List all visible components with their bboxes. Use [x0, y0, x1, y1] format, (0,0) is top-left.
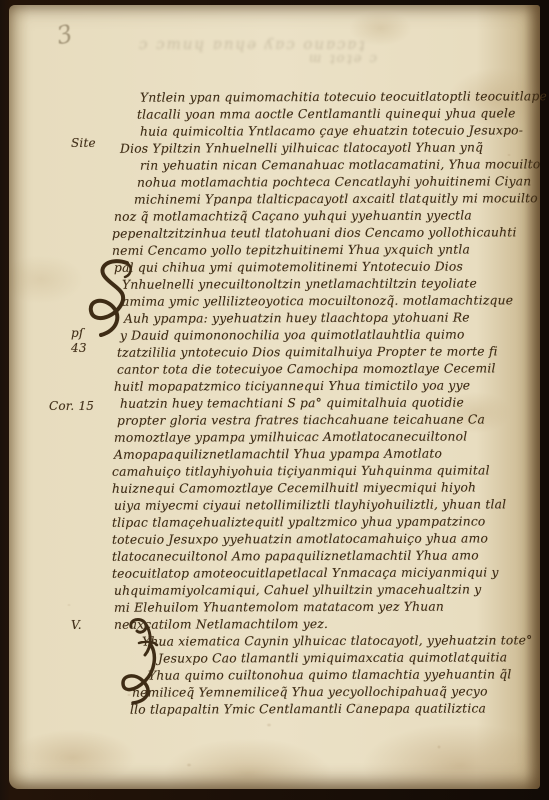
margin-note: V. [71, 618, 117, 632]
manuscript-line: amima ymic yellilizteoyotica mocuiltonoz… [112, 292, 544, 311]
margin-note: 43 [71, 341, 117, 355]
manuscript-line: camahuiço titlayhiyohuia tiçiyanmiqui Yu… [112, 462, 544, 481]
manuscript-line: nohua motlamachtia pochteca Cencatlayhi … [112, 173, 544, 192]
manuscript-line: huitl mopapatzmico ticiyannequi Yhua tim… [112, 377, 544, 396]
manuscript-line: propter gloria vestra fratres tiachcahua… [112, 411, 544, 430]
margin-note: Cor. 15 [49, 399, 95, 413]
manuscript-line: huiznequi Camomoztlaye Cecemilhuitl miye… [112, 479, 544, 498]
manuscript-line: y Dauid quimononochilia yoa quimotlatlau… [112, 326, 544, 345]
manuscript-line: llo tlapapaltin Ymic Centlamantli Canepa… [112, 700, 544, 719]
manuscript-line: tzatzililia yntotecuio Dios quimitalhuiy… [112, 343, 544, 362]
manuscript-line: Dios Ypiltzin Ynhuelnelli yilhuicac tlat… [112, 139, 544, 158]
manuscript-line: nemi Cencamo yollo tepitzhuitinemi Yhua … [112, 241, 544, 260]
manuscript-line: Auh ypampa: yyehuatzin huey tlaachtopa y… [112, 309, 544, 328]
manuscript-line: teocuitlatop amoteocuitlapetlacal Ynmaca… [112, 564, 544, 583]
manuscript-line: tlatocanecuiltonol Amo papaquiliznetlama… [112, 547, 544, 566]
manuscript-line: Yntlein ypan quimomachitia totecuio teoc… [112, 88, 544, 107]
manuscript-line: uiya miyecmi ciyaui netollimiliztli tlay… [112, 496, 544, 515]
manuscript-line: momoztlaye ypampa ymilhuicac Amotlatocan… [112, 428, 544, 447]
margin-note: pſ [71, 326, 117, 340]
manuscript-line: huatzin huey temachtiani S pa° quimitalh… [112, 394, 544, 413]
manuscript-line: Jesuxpo Cao tlamantli ymiquimaxcatia qui… [112, 649, 544, 668]
manuscript-line: pepenaltzitzinhua teutl tlatohuani dios … [112, 224, 544, 243]
parchment-page: ɔ ɔmuɥ ɐnɥǝ ʎɐɔ ouɐɔɐʇ ɯ ʇoʇǝ ɔ 3 Yntlei… [9, 5, 540, 789]
manuscript-line: Yhua xiematica Caynin ylhuicac tlatocayo… [112, 632, 544, 651]
manuscript-line: noz q̃ motlamachtizq̃ Caçano yuhqui yyeh… [112, 207, 544, 226]
manuscript-line: nemiliceq̃ Yemnemiliceq̃ Yhua yecyolloch… [112, 683, 544, 702]
manuscript-line: Yhua quimo cuiltonohua quimo tlamachtia … [112, 666, 544, 685]
manuscript-line: tlipac tlamaçehualiztequitl ypaltzmico y… [112, 513, 544, 532]
manuscript-line: uhquimamiyolcamiqui, Cahuel ylhuiltzin y… [112, 581, 544, 600]
manuscript-line: totecuio Jesuxpo yyehuatzin amotlatocama… [112, 530, 544, 549]
book-photograph: ɔ ɔmuɥ ɐnɥǝ ʎɐɔ ouɐɔɐʇ ɯ ʇoʇǝ ɔ 3 Yntlei… [0, 0, 549, 800]
manuscript-line: huia quimicoltia Yntlacamo çaye ehuatzin… [112, 122, 544, 141]
manuscript-line: rin yehuatin nican Cemanahuac motlacamat… [112, 156, 544, 175]
bleed-through-text: ɔ ɔmuɥ ɐnɥǝ ʎɐɔ ouɐɔɐʇ [139, 35, 366, 53]
manuscript-line: Amopapaquiliznetlamachtil Yhua ypampa Am… [112, 445, 544, 464]
manuscript-line: michinemi Ypanpa tlalticpacayotl axcaitl… [112, 190, 544, 209]
margin-note: Site [71, 136, 117, 150]
text-block: Yntlein ypan quimomachitia totecuio teoc… [112, 89, 544, 718]
bleed-through-text: ɯ ʇoʇǝ ɔ [309, 51, 379, 66]
manuscript-line: tlacalli yoan mma aoctle Centlamantli qu… [112, 105, 544, 124]
manuscript-line: pal qui chihua ymi quimotemolitinemi Ynt… [112, 258, 544, 277]
folio-number: 3 [54, 20, 75, 51]
manuscript-line: cantor tota die totecuiyoe Camochipa mom… [112, 360, 544, 379]
manuscript-line: neaxcatilom Netlamachtilom yez. [112, 615, 544, 634]
manuscript-line: mi Elehuilom Yhuantemolom matatacom yez … [112, 598, 544, 617]
manuscript-line: Ynhuelnelli ynecuiltonoltzin ynetlamacht… [112, 275, 544, 294]
